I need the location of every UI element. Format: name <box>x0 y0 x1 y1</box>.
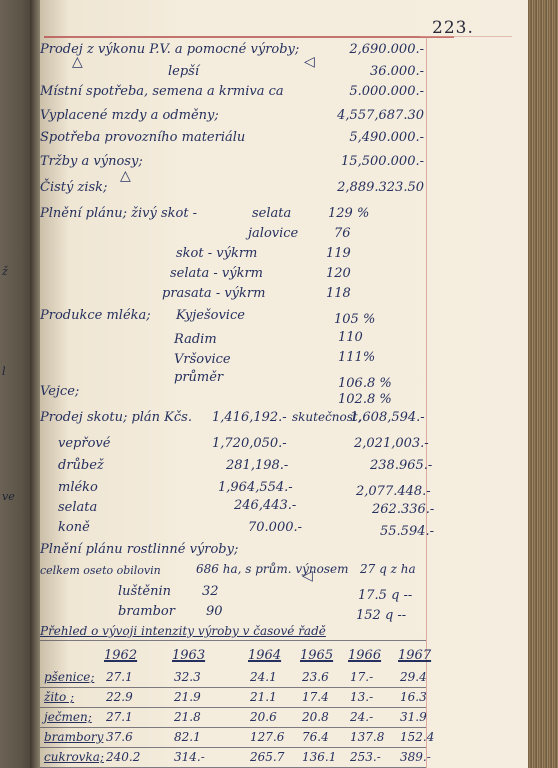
year-header: 1963 <box>172 648 205 663</box>
left-page-fragment: ž <box>2 265 8 278</box>
livestock-label: prasata - výkrm <box>162 286 265 301</box>
milk-label: Vršovice <box>174 352 231 367</box>
crop-label: brambor <box>118 604 175 619</box>
sales-actual-total: 1,608,594.- <box>350 410 425 425</box>
livestock-value: 129 % <box>328 206 369 221</box>
livestock-label: jalovice <box>248 226 298 241</box>
table-rule <box>40 727 426 728</box>
milk-label: průměr <box>174 370 223 385</box>
sales-row-label: mléko <box>58 480 98 495</box>
table-cell: 21.1 <box>250 690 277 704</box>
table-cell: 20.8 <box>302 710 329 724</box>
financial-label: Spotřeba provozního materiálu <box>40 130 245 145</box>
sales-plan-value: 70.000.- <box>248 520 302 535</box>
eggs-value: 102.8 % <box>338 392 392 407</box>
page-edge <box>528 0 558 768</box>
table-cell: 136.1 <box>302 750 336 764</box>
sales-actual-value: 262.336.- <box>372 502 434 517</box>
financial-label: Čistý zisk; <box>40 180 107 195</box>
table-cell: 27.1 <box>106 670 133 684</box>
milk-value: 105 % <box>334 312 375 327</box>
crop-yield: 17.5 q -- <box>358 588 412 603</box>
sales-row-label: vepřové <box>58 436 110 451</box>
table-cell: 152.4 <box>400 730 434 744</box>
crop-area: 32 <box>202 584 219 599</box>
table-cell: 24.1 <box>250 670 277 684</box>
year-header: 1967 <box>398 648 431 663</box>
table-cell: 21.9 <box>174 690 201 704</box>
sales-plan-value: 1,964,554.- <box>218 480 293 495</box>
table-cell: 13.- <box>350 690 373 704</box>
financial-label: Vyplacené mzdy a odměny; <box>40 108 219 123</box>
financial-value: 36.000.- <box>340 64 424 79</box>
crop-title: Plnění plánu rostlinné výroby; <box>40 542 238 557</box>
sales-actual-value: 2,077.448.- <box>356 484 431 499</box>
table-cell: 20.6 <box>250 710 277 724</box>
financial-label: Místní spotřeba, semena a krmiva ca <box>40 84 284 99</box>
table-cell: 82.1 <box>174 730 201 744</box>
table-cell: 240.2 <box>106 750 140 764</box>
livestock-label: skot - výkrm <box>176 246 257 261</box>
table-row-label: brambory <box>44 730 103 744</box>
facing-left-page: ž l ve <box>0 0 34 768</box>
crop-area: 686 ha, s prům. výnosem <box>196 562 349 576</box>
milk-label: Radim <box>174 332 217 347</box>
table-row-label: pšenice; <box>44 670 94 684</box>
table-cell: 21.8 <box>174 710 201 724</box>
table-cell: 76.4 <box>302 730 329 744</box>
table-rule <box>40 707 426 708</box>
sales-actual-value: 2,021,003.- <box>354 436 429 451</box>
table-cell: 29.4 <box>400 670 427 684</box>
sales-plan-value: 1,720,050.- <box>212 436 287 451</box>
livestock-title: Plnění plánu; živý skot - <box>40 206 197 221</box>
intensity-title: Přehled o vývoji intenzity výroby v časo… <box>40 624 326 638</box>
table-cell: 23.6 <box>302 670 329 684</box>
table-cell: 314.- <box>174 750 205 764</box>
table-cell: 37.6 <box>106 730 133 744</box>
table-cell: 31.9 <box>400 710 427 724</box>
table-cell: 22.9 <box>106 690 133 704</box>
financial-value: 2,889.323.50 <box>330 180 424 195</box>
livestock-label: selata <box>252 206 291 221</box>
table-cell: 389.- <box>400 750 431 764</box>
sales-row-label: selata <box>58 500 97 515</box>
milk-title: Produkce mléka; <box>40 308 151 323</box>
table-row-label: žito ; <box>44 690 74 704</box>
year-header: 1965 <box>300 648 333 663</box>
check-mark-icon: ◁ <box>304 54 315 70</box>
table-cell: 265.7 <box>250 750 284 764</box>
table-cell: 27.1 <box>106 710 133 724</box>
table-cell: 127.6 <box>250 730 284 744</box>
table-row-label: ječmen; <box>44 710 92 724</box>
table-cell: 32.3 <box>174 670 201 684</box>
livestock-value: 119 <box>326 246 351 261</box>
livestock-label: selata - výkrm <box>170 266 263 281</box>
sales-title: Prodej skotu; plán Kčs. <box>40 410 192 425</box>
sales-actual-value: 238.965.- <box>370 458 432 473</box>
year-header: 1966 <box>348 648 381 663</box>
crop-label: celkem oseto obilovin <box>40 564 161 577</box>
table-cell: 16.3 <box>400 690 427 704</box>
financial-value: 5.000.000.- <box>340 84 424 99</box>
year-header: 1964 <box>248 648 281 663</box>
header-rule <box>44 36 454 38</box>
check-mark-icon: ◁ <box>302 568 313 584</box>
crop-area: 90 <box>206 604 223 619</box>
financial-label: Tržby a výnosy; <box>40 154 143 169</box>
table-cell: 253.- <box>350 750 381 764</box>
sales-actual-value: 55.594.- <box>380 524 434 539</box>
livestock-value: 76 <box>334 226 351 241</box>
financial-value: 15,500.000.- <box>320 154 424 169</box>
eggs-label: Vejce; <box>40 384 79 399</box>
check-mark-icon: △ <box>120 168 131 184</box>
sales-row-label: drůbež <box>58 458 104 473</box>
milk-value: 106.8 % <box>338 376 392 391</box>
page-number: 223. <box>432 18 474 38</box>
sales-plan-total: 1,416,192.- <box>212 410 287 425</box>
sales-plan-value: 246,443.- <box>234 498 296 513</box>
table-rule <box>40 640 426 641</box>
livestock-value: 120 <box>326 266 351 281</box>
table-cell: 17.- <box>350 670 373 684</box>
financial-value: 5,490.000.- <box>330 130 424 145</box>
milk-value: 110 <box>338 330 363 345</box>
year-header: 1962 <box>104 648 137 663</box>
sales-plan-value: 281,198.- <box>226 458 288 473</box>
crop-label: luštěnin <box>118 584 171 599</box>
left-page-fragment: ve <box>2 490 15 503</box>
table-cell: 17.4 <box>302 690 329 704</box>
left-page-fragment: l <box>2 365 6 378</box>
financial-value: 2,690.000.- <box>340 42 424 57</box>
financial-value: 4,557,687.30 <box>330 108 424 123</box>
milk-label: Kyješovice <box>176 308 245 323</box>
table-cell: 137.8 <box>350 730 384 744</box>
table-cell: 24.- <box>350 710 373 724</box>
milk-value: 111% <box>338 350 375 365</box>
crop-yield: 152 q -- <box>356 608 406 623</box>
financial-label: lepší <box>168 64 199 79</box>
check-mark-icon: △ <box>72 54 83 70</box>
table-rule <box>40 687 426 688</box>
livestock-value: 118 <box>326 286 351 301</box>
sales-row-label: koně <box>58 520 90 535</box>
table-rule <box>40 747 426 748</box>
crop-yield: 27 q z ha <box>360 562 416 576</box>
table-row-label: cukrovka; <box>44 750 104 764</box>
